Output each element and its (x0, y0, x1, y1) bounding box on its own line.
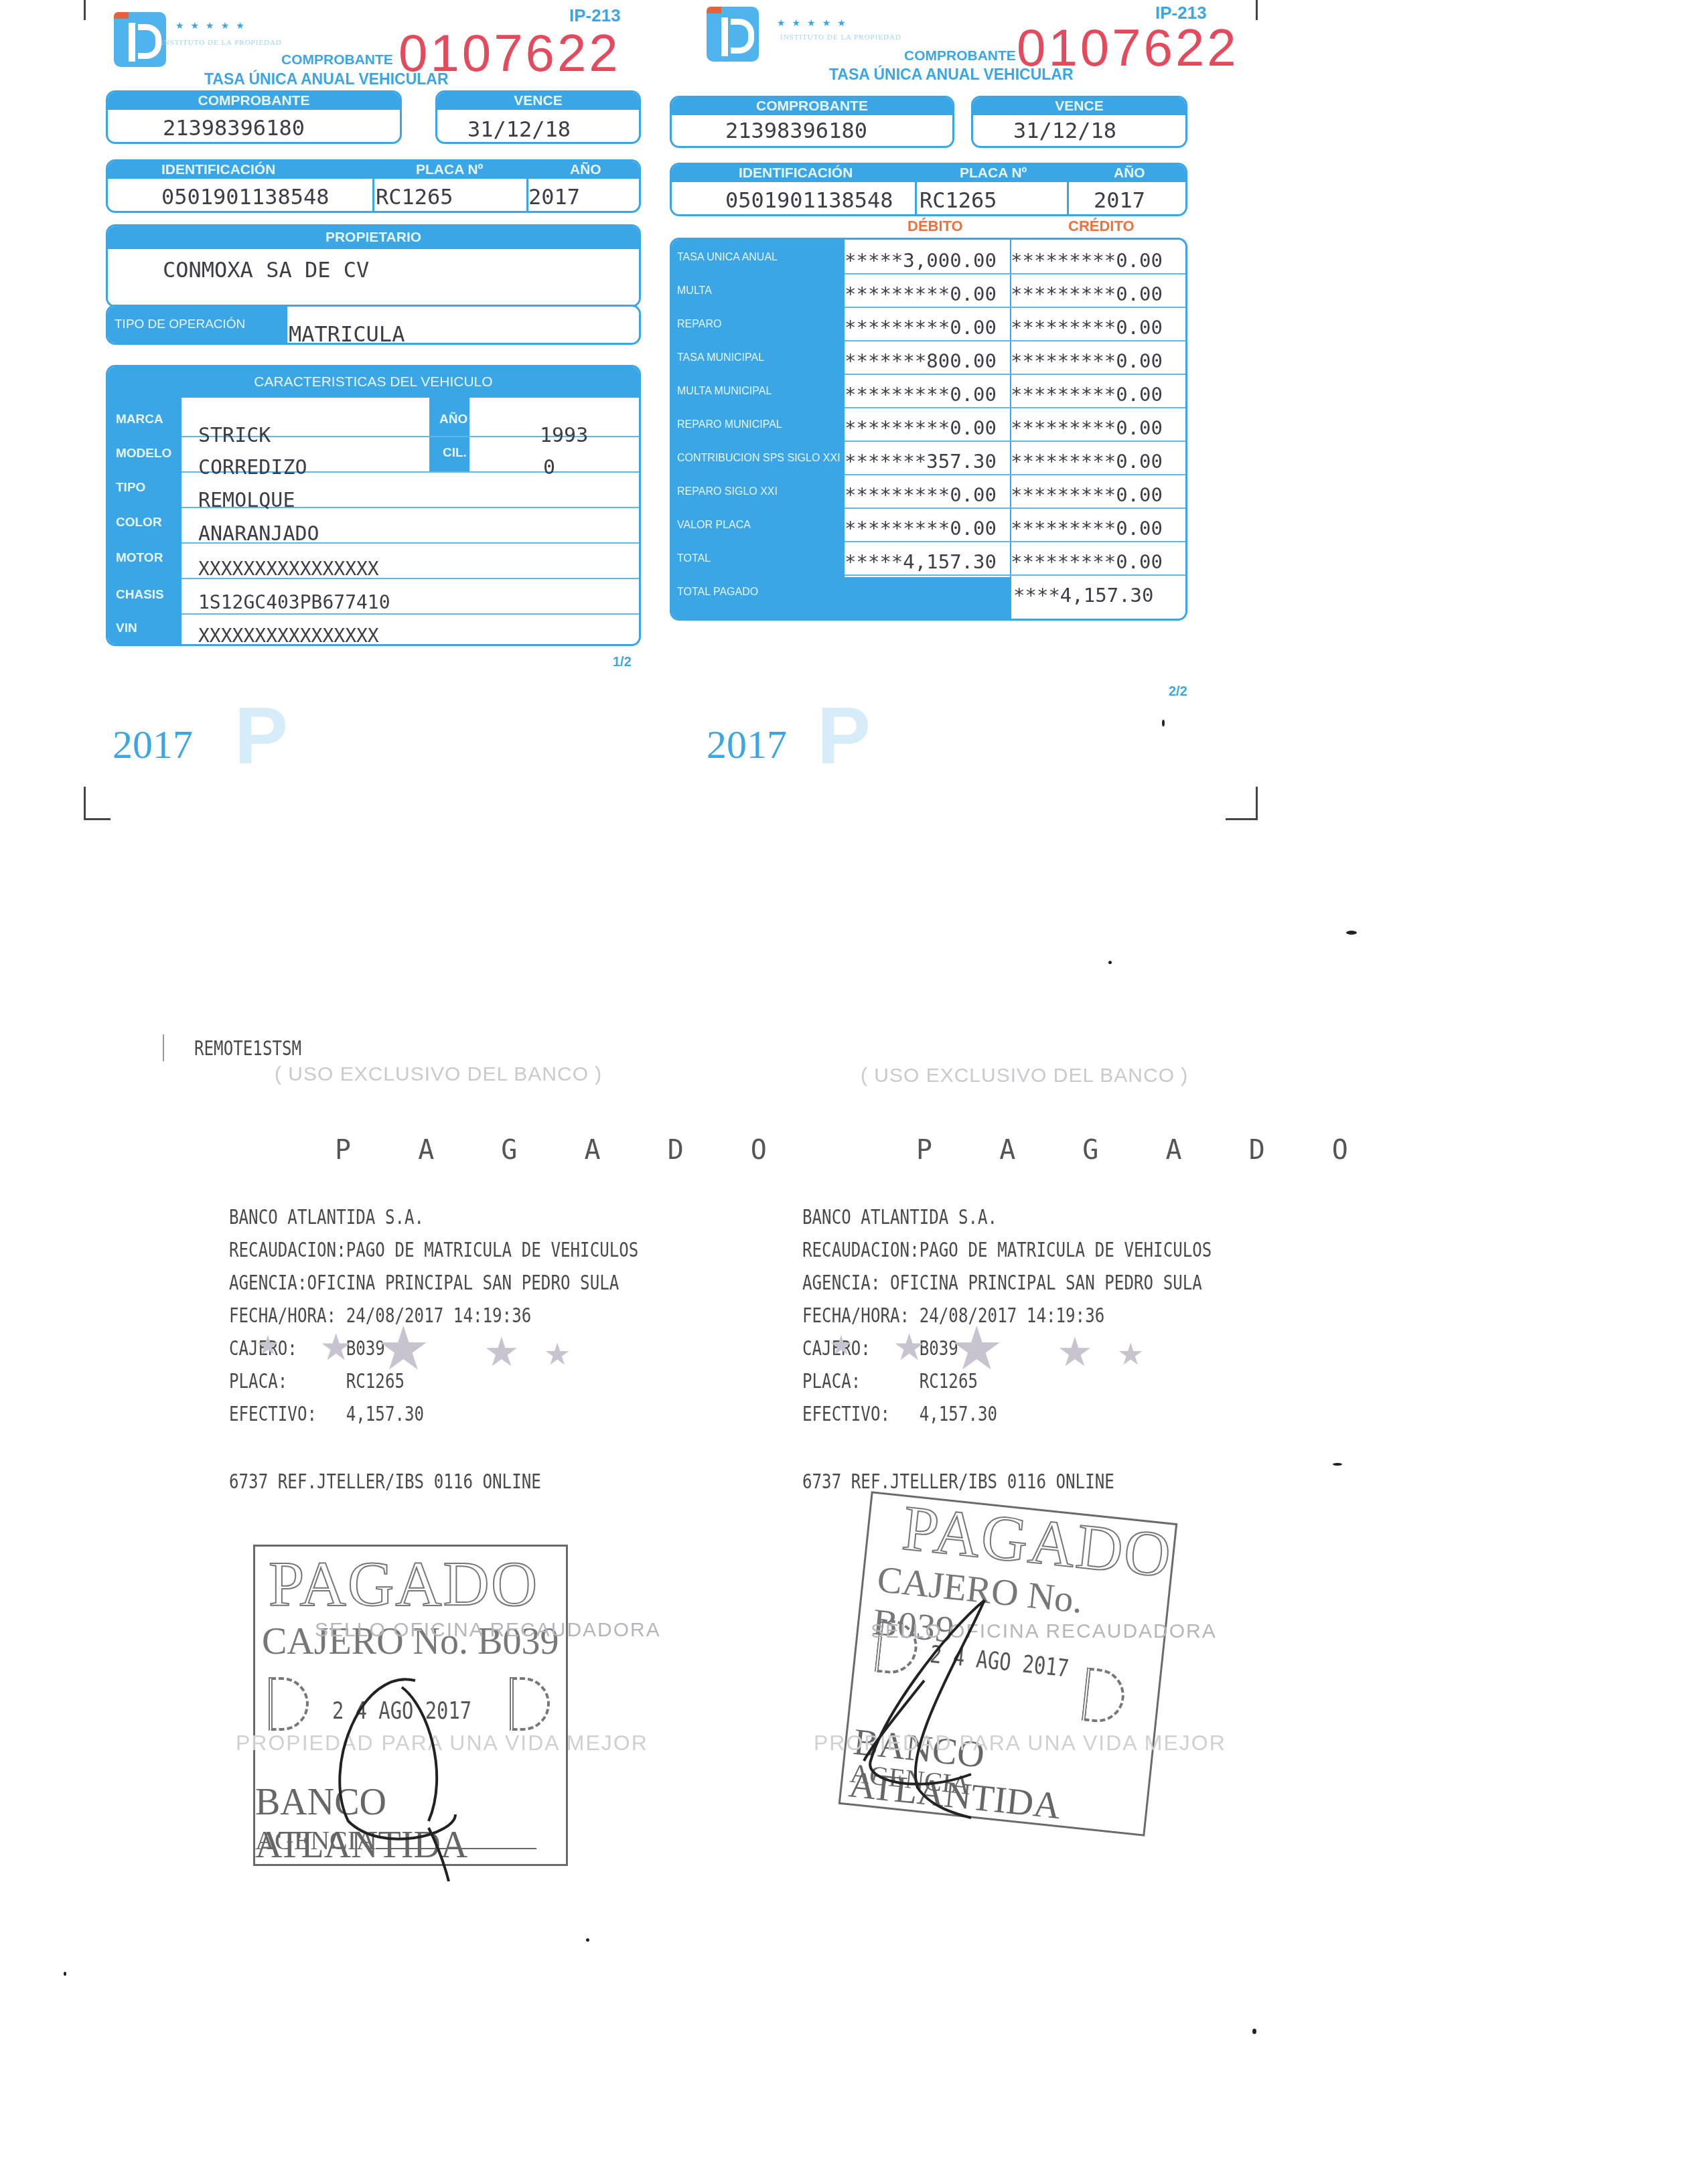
star-watermark-icon: ★ (950, 1319, 1004, 1379)
receipt-line: EFECTIVO: 4,157.30 (802, 1402, 997, 1426)
speck (1333, 1463, 1342, 1466)
crop-mark (1256, 787, 1258, 820)
fee-debito: *********0.00 (845, 517, 997, 540)
reference-line: 6737 REF.JTELLER/IBS 0116 ONLINE (802, 1470, 1114, 1494)
comprobante-header: COMPROBANTE (672, 98, 952, 115)
fee-label: REPARO MUNICIPAL (677, 419, 782, 431)
debito-header: DÉBITO (907, 218, 963, 235)
star-watermark-icon: ★ (544, 1339, 571, 1369)
ticket-page-2: ★★★★★ INSTITUTO DE LA PROPIEDAD IP-213 C… (0, 0, 1681, 803)
comprobante-box: COMPROBANTE 21398396180 (670, 96, 954, 148)
anio-header: AÑO (1114, 165, 1145, 182)
ip-watermark-icon: P (817, 690, 871, 782)
comprobante-label: COMPROBANTE (904, 48, 1016, 64)
fee-credito: *********0.00 (1011, 517, 1163, 540)
receipt-line: AGENCIA: OFICINA PRINCIPAL SAN PEDRO SUL… (802, 1271, 1202, 1295)
fee-credito: *********0.00 (1011, 550, 1163, 573)
pagado-status: P A G A D O (335, 1135, 792, 1166)
crop-mark (1256, 0, 1258, 20)
speck (586, 1938, 589, 1942)
margin-mark (163, 1034, 164, 1061)
crop-mark (84, 818, 111, 820)
uso-exclusivo: ( USO EXCLUSIVO DEL BANCO ) (861, 1065, 1188, 1087)
fee-credito: *********0.00 (1011, 416, 1163, 439)
fee-label: MULTA (677, 285, 712, 297)
receipt-line: BANCO ATLANTIDA S.A. (802, 1205, 997, 1229)
fee-label: MULTA MUNICIPAL (677, 386, 772, 398)
page-number: 2/2 (1169, 684, 1187, 700)
placa-value: RC1265 (920, 187, 997, 213)
fee-label: TOTAL (677, 553, 711, 565)
speck (1252, 2029, 1256, 2034)
stamp-title: PAGADO (269, 1547, 538, 1621)
receipt-line: CAJERO: B039 (229, 1336, 385, 1360)
star-watermark-icon: ★ (893, 1329, 926, 1366)
comprobante-value: 21398396180 (725, 118, 867, 143)
receipt-line: BANCO ATLANTIDA S.A. (229, 1205, 424, 1229)
pagado-status: P A G A D O (916, 1135, 1374, 1166)
fee-label: CONTRIBUCION SPS SIGLO XXI (677, 453, 840, 465)
bank-logo-icon (1082, 1667, 1127, 1725)
seal-text: SELLO OFICINA RECAUDADORA (315, 1619, 661, 1642)
identificacion-header: IDENTIFICACIÓN (739, 165, 853, 182)
fee-credito: *********0.00 (1011, 483, 1163, 506)
id-header-bar: IDENTIFICACIÓN PLACA Nº AÑO (672, 165, 1185, 182)
fee-debito: *******800.00 (845, 349, 997, 372)
vence-value: 31/12/18 (1013, 118, 1116, 143)
fee-debito: *********0.00 (845, 316, 997, 339)
star-watermark-icon: ★ (376, 1319, 431, 1379)
fee-debito: *********0.00 (845, 483, 997, 506)
crop-mark (84, 0, 86, 20)
star-watermark-icon: ★ (829, 1332, 853, 1359)
institution-name: INSTITUTO DE LA PROPIEDAD (780, 33, 901, 42)
speck (64, 1972, 66, 1976)
year-mark: 2017 (707, 722, 787, 768)
fee-label: TASA MUNICIPAL (677, 352, 764, 364)
identificacion-value: 0501901138548 (725, 187, 893, 213)
fee-debito: *******357.30 (845, 450, 997, 473)
ip-logo-icon (707, 7, 759, 62)
star-watermark-icon: ★ (256, 1332, 280, 1359)
fee-credito: *********0.00 (1011, 383, 1163, 406)
fee-label: TASA UNICA ANUAL (677, 252, 778, 264)
signature-icon (844, 1593, 1005, 1821)
fee-label: VALOR PLACA (677, 520, 751, 532)
fee-credito: *********0.00 (1011, 249, 1163, 272)
fee-label: REPARO SIGLO XXI (677, 486, 778, 498)
star-watermark-icon: ★ (484, 1332, 520, 1373)
star-watermark-icon: ★ (1057, 1332, 1093, 1373)
fee-debito: *********0.00 (845, 283, 997, 305)
identificacion-box: IDENTIFICACIÓN PLACA Nº AÑO 050190113854… (670, 163, 1187, 216)
fee-debito: *********0.00 (845, 383, 997, 406)
terminal-id: REMOTE1STSM (194, 1036, 301, 1061)
vence-box: VENCE 31/12/18 (971, 96, 1187, 148)
bank-logo-icon (510, 1677, 550, 1731)
receipt-line: CAJERO: B039 (802, 1336, 958, 1360)
star-watermark-icon: ★ (1117, 1339, 1144, 1369)
fees-table: TASA UNICA ANUAL*****3,000.00*********0.… (670, 238, 1187, 621)
total-pagado-value: ****4,157.30 (1013, 584, 1154, 607)
star-watermark-icon: ★ (319, 1329, 352, 1366)
credito-header: CRÉDITO (1068, 218, 1135, 235)
fee-credito: *********0.00 (1011, 450, 1163, 473)
crop-mark (84, 787, 86, 820)
speck (1162, 720, 1165, 726)
fee-debito: *****4,157.30 (845, 550, 997, 573)
signature-icon (321, 1667, 496, 1881)
receipt-line: EFECTIVO: 4,157.30 (229, 1402, 424, 1426)
vence-header: VENCE (973, 98, 1185, 115)
uso-exclusivo: ( USO EXCLUSIVO DEL BANCO ) (275, 1063, 602, 1086)
fee-label: REPARO (677, 319, 721, 331)
bank-logo-icon (269, 1677, 309, 1731)
speck (1346, 931, 1357, 935)
fee-debito: *********0.00 (845, 416, 997, 439)
crop-mark (1226, 818, 1256, 820)
receipt-line: RECAUDACION:PAGO DE MATRICULA DE VEHICUL… (229, 1238, 638, 1262)
anio-value: 2017 (1094, 187, 1145, 213)
stars-icon: ★★★★★ (777, 17, 853, 29)
fee-credito: *********0.00 (1011, 316, 1163, 339)
fee-credito: *********0.00 (1011, 283, 1163, 305)
fee-debito: *****3,000.00 (845, 249, 997, 272)
fee-credito: *********0.00 (1011, 349, 1163, 372)
ticket-title: TASA ÚNICA ANUAL VEHICULAR (829, 66, 1074, 84)
total-pagado-label: TOTAL PAGADO (677, 587, 758, 599)
receipt-line: AGENCIA:OFICINA PRINCIPAL SAN PEDRO SULA (229, 1271, 619, 1295)
reference-line: 6737 REF.JTELLER/IBS 0116 ONLINE (229, 1470, 541, 1494)
placa-header: PLACA Nº (960, 165, 1027, 182)
receipt-line: RECAUDACION:PAGO DE MATRICULA DE VEHICUL… (802, 1238, 1212, 1262)
speck (1108, 961, 1112, 964)
